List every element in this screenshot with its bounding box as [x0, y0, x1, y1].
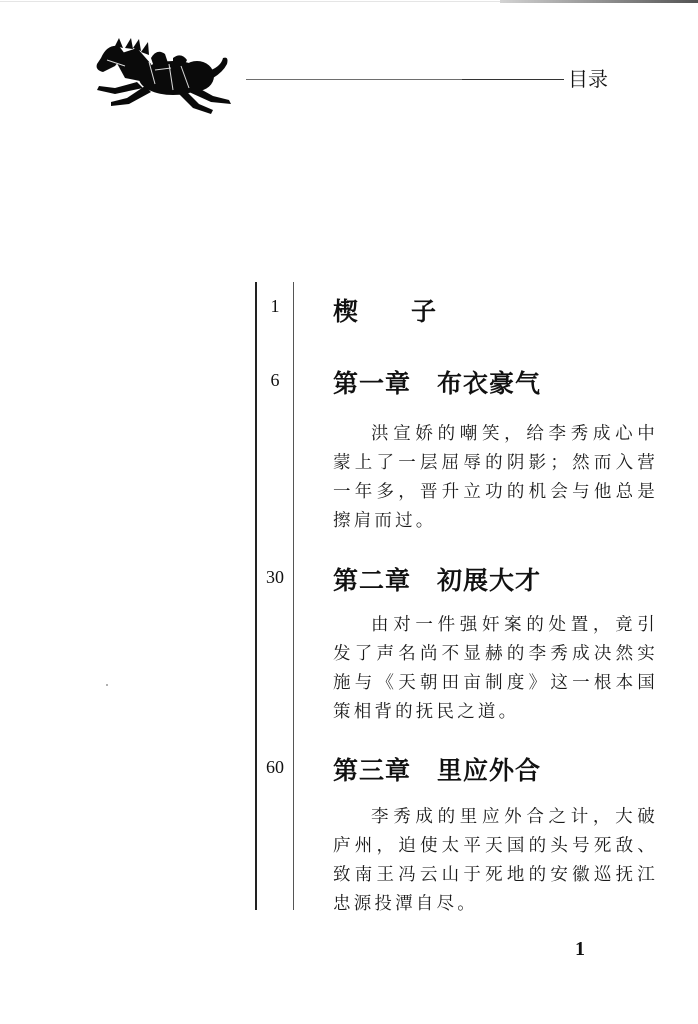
toc-page-number: 60 — [257, 757, 293, 778]
running-header-title: 目录 — [568, 66, 608, 92]
scan-speck — [474, 429, 475, 433]
toc-vertical-rule-right — [293, 282, 294, 910]
page-number: 1 — [575, 938, 585, 961]
toc-page-number: 1 — [257, 296, 293, 317]
galloping-horse-icon — [85, 36, 235, 116]
scan-edge-artifact — [500, 0, 698, 3]
header-rule-dark-segment — [462, 79, 564, 80]
toc-entry-title[interactable]: 第二章 初展大才 — [333, 561, 541, 597]
toc-entry-title[interactable]: 第一章 布衣豪气 — [333, 364, 541, 400]
toc-entry-summary: 李秀成的里应外合之计，大破庐州，迫使太平天国的头号死敌、致南王冯云山于死地的安徽… — [333, 803, 658, 919]
toc-entry-summary: 洪宣娇的嘲笑，给李秀成心中蒙上了一层屈辱的阴影；然而入营一年多，晋升立功的机会与… — [333, 420, 658, 536]
toc-entry-summary: 由对一件强奸案的处置，竟引发了声名尚不显赫的李秀成决然实施与《天朝田亩制度》这一… — [333, 611, 658, 727]
toc-entry-title[interactable]: 第三章 里应外合 — [333, 751, 541, 787]
scan-edge-artifact-faint — [0, 1, 500, 2]
toc-page-number: 6 — [257, 370, 293, 391]
toc-page-number: 30 — [257, 567, 293, 588]
toc-entry-title[interactable]: 楔 子 — [333, 292, 437, 328]
scan-speck — [106, 684, 108, 686]
